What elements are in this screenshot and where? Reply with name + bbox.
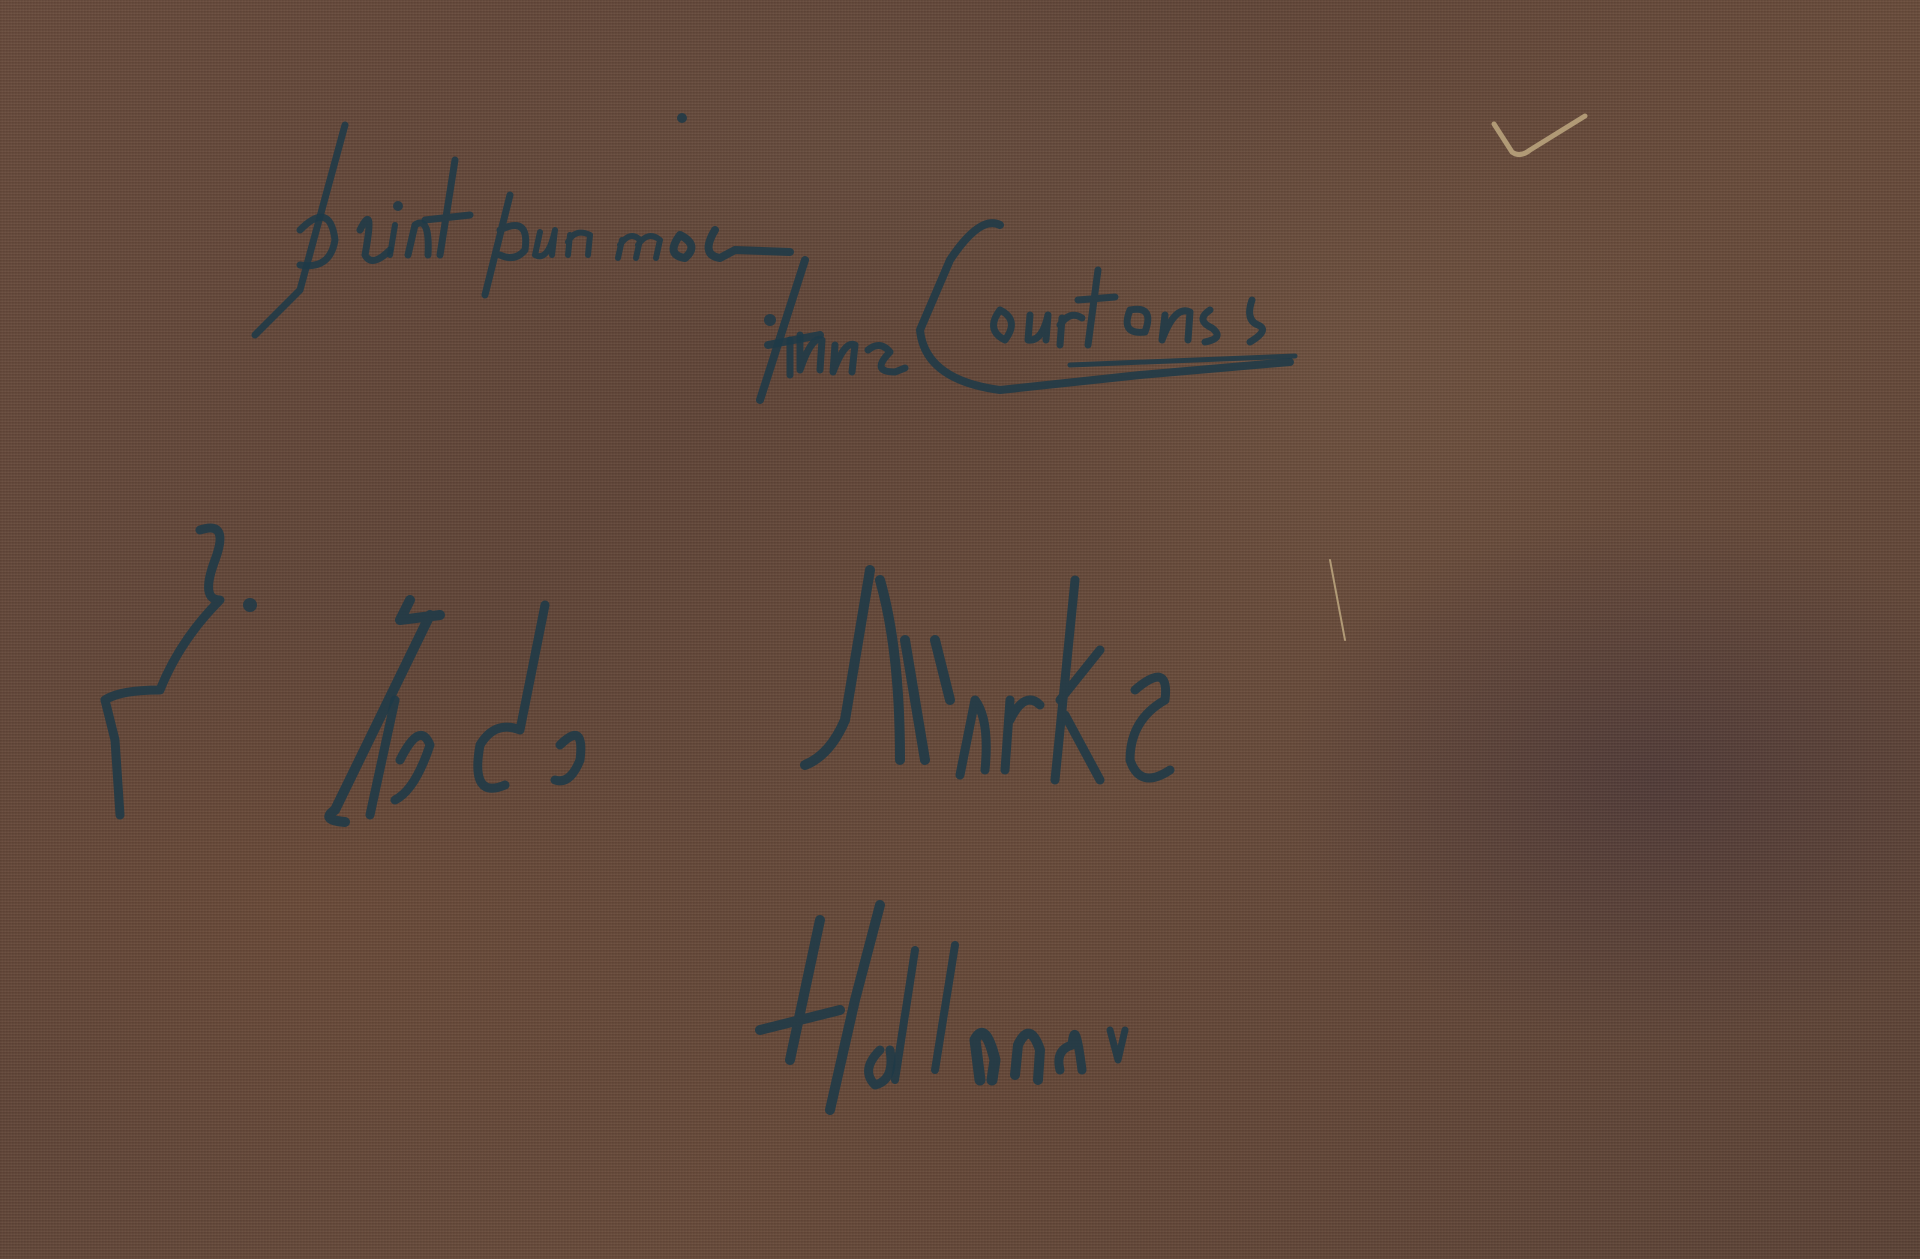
handwriting-layer xyxy=(0,0,1920,1259)
canvas-reverse: peint par moi Franz Courtens L'Ile de Ma… xyxy=(0,0,1920,1259)
line-signature xyxy=(760,223,1295,400)
line-title xyxy=(105,528,1170,822)
line-peint-par-moi xyxy=(255,113,790,335)
handwriting-strokes xyxy=(0,0,1920,1259)
line-location xyxy=(760,905,1125,1110)
